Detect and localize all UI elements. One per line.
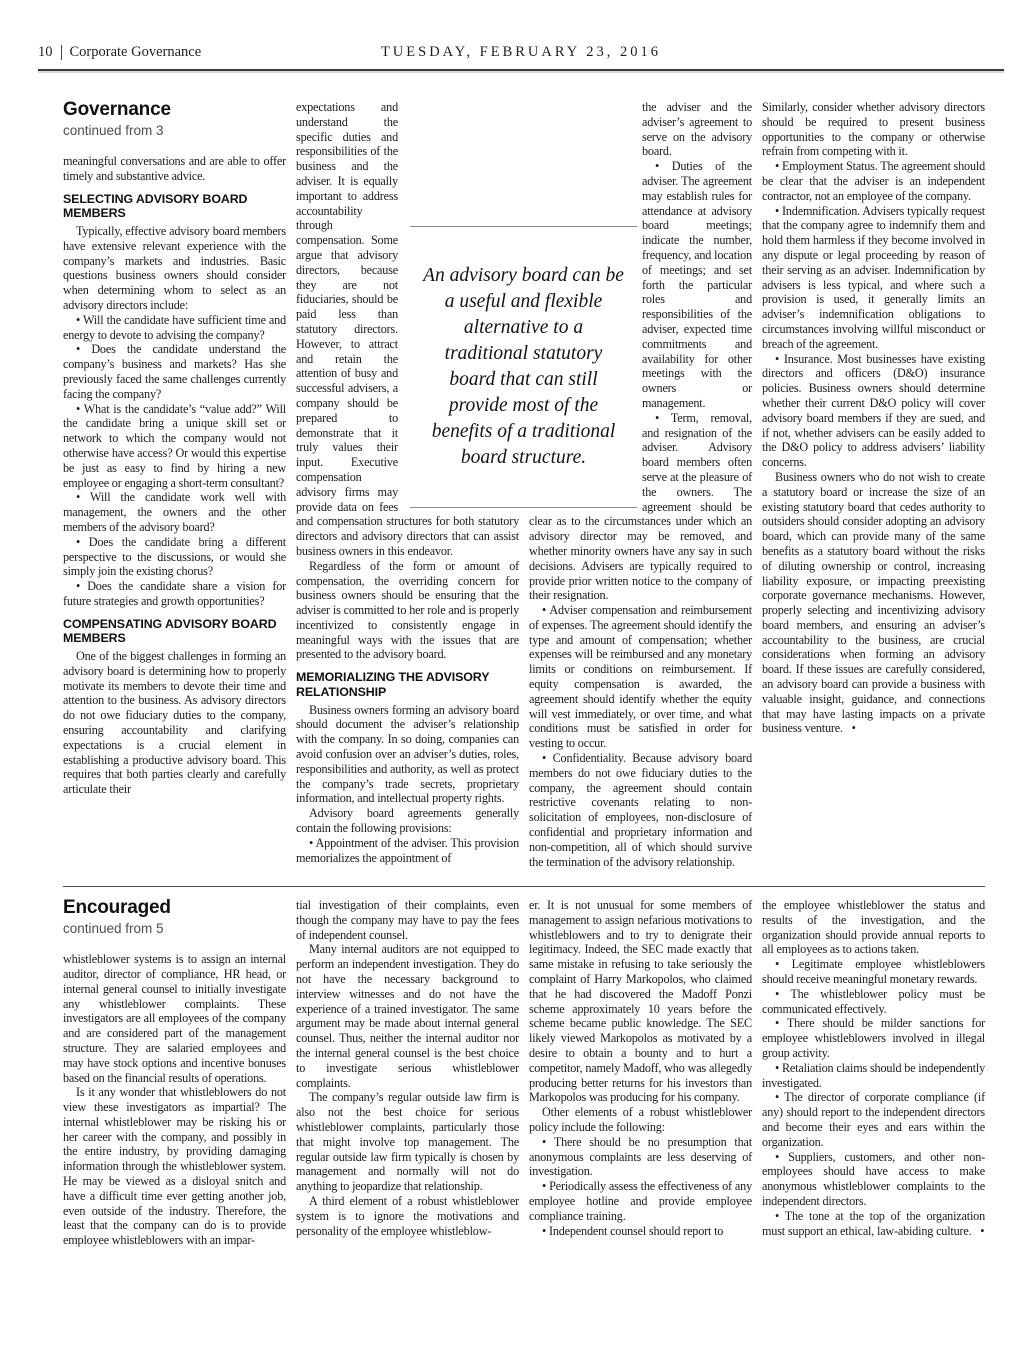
bullet-item: • Adviser compensation and reimbursement… [529, 603, 752, 751]
bullet-item: • Employment Status. The agreement shoul… [762, 159, 985, 203]
article-encouraged-columns: Encouraged continued from 5 whistleblowe… [63, 898, 985, 1248]
paragraph: tial investigation of their complaints, … [296, 898, 519, 942]
article-encouraged: Encouraged continued from 5 whistleblowe… [63, 898, 985, 1248]
bullet-item: • Confidentiality. Because advisory boar… [529, 751, 752, 869]
paragraph: Similarly, consider whether advisory dir… [762, 100, 985, 159]
paragraph: Many internal auditors are not equipped … [296, 942, 519, 1090]
paragraph: A third element of a robust whistleblowe… [296, 1194, 519, 1238]
bullet-item: • The whistleblower policy must be commu… [762, 987, 985, 1017]
bullet-item: • Appointment of the adviser. This provi… [296, 836, 519, 866]
bullet-item: • The director of corporate compliance (… [762, 1090, 985, 1149]
page-header: 10 Corporate Governance TUESDAY, FEBRUAR… [0, 0, 1024, 71]
paragraph: Is it any wonder that whistleblowers do … [63, 1085, 286, 1248]
bullet-item: • Retaliation claims should be independe… [762, 1061, 985, 1091]
paragraph: meaningful conversations and are able to… [63, 154, 286, 184]
column-1: Governance continued from 3 meaningful c… [63, 100, 286, 869]
bullet-item: • There should be milder sanctions for e… [762, 1016, 985, 1060]
section-subhead: COMPENSATING ADVISORY BOARD MEMBERS [63, 617, 286, 646]
issue-date: TUESDAY, FEBRUARY 23, 2016 [38, 44, 1004, 61]
bullet-item: • Does the candidate understand the comp… [63, 342, 286, 401]
article-title: Governance [63, 100, 286, 120]
newspaper-page: 10 Corporate Governance TUESDAY, FEBRUAR… [0, 0, 1024, 1350]
bullet-item: • Will the candidate work well with mana… [63, 490, 286, 534]
paragraph: the employee whistleblower the status an… [762, 898, 985, 957]
paragraph: Other elements of a robust whistleblower… [529, 1105, 752, 1135]
paragraph: Advisory board agreements generally cont… [296, 806, 519, 836]
column-2: tial investigation of their complaints, … [296, 898, 519, 1248]
paragraph: er. It is not unusual for some members o… [529, 898, 752, 1105]
paragraph: Typically, effective advisory board memb… [63, 224, 286, 313]
section-subhead: MEMORIALIZING THE ADVISORY RELATIONSHIP [296, 670, 519, 699]
bullet-item: • The tone at the top of the organizatio… [762, 1209, 985, 1239]
paragraph: Regardless of the form or amount of comp… [296, 559, 519, 663]
bullet-item: • There should be no presumption that an… [529, 1135, 752, 1179]
article-governance: Governance continued from 3 meaningful c… [63, 100, 985, 872]
section-subhead: SELECTING ADVISORY BOARD MEMBERS [63, 192, 286, 221]
column-3: er. It is not unusual for some members o… [529, 898, 752, 1248]
paragraph: whistleblower systems is to assign an in… [63, 952, 286, 1085]
bullet-item: • Independent counsel should report to [529, 1224, 752, 1239]
bullet-item: • Will the candidate have sufficient tim… [63, 313, 286, 343]
continued-from-note: continued from 3 [63, 123, 286, 139]
paragraph: the adviser and the adviser’s agreement … [529, 100, 752, 159]
bullet-item: • Legitimate employee whistleblowers sho… [762, 957, 985, 987]
header-rule: 10 Corporate Governance TUESDAY, FEBRUAR… [38, 44, 1004, 71]
pull-quote: An advisory board can be a useful and fl… [410, 226, 637, 508]
article-title: Encouraged [63, 898, 286, 918]
column-1: Encouraged continued from 5 whistleblowe… [63, 898, 286, 1248]
bullet-item: • What is the candidate’s “value add?” W… [63, 402, 286, 491]
paragraph: Business owners forming an advisory boar… [296, 703, 519, 807]
paragraph: Business owners who do not wish to creat… [762, 470, 985, 736]
bullet-item: • Does the candidate share a vision for … [63, 579, 286, 609]
column-4: Similarly, consider whether advisory dir… [762, 100, 985, 869]
bullet-item: • Does the candidate bring a different p… [63, 535, 286, 579]
bullet-item: • Insurance. Most businesses have existi… [762, 352, 985, 470]
paragraph: One of the biggest challenges in forming… [63, 649, 286, 797]
bullet-item: • Indemnification. Advisers typically re… [762, 204, 985, 352]
column-4: the employee whistleblower the status an… [762, 898, 985, 1248]
page-content: Governance continued from 3 meaningful c… [0, 100, 1024, 1248]
bullet-item: • Suppliers, customers, and other non-em… [762, 1150, 985, 1209]
paragraph: The company’s regular outside law firm i… [296, 1090, 519, 1194]
bullet-item: • Periodically assess the effectiveness … [529, 1179, 752, 1223]
pull-quote-text: An advisory board can be a useful and fl… [421, 263, 626, 471]
continued-from-note: continued from 5 [63, 921, 286, 937]
article-separator-rule [63, 886, 985, 887]
